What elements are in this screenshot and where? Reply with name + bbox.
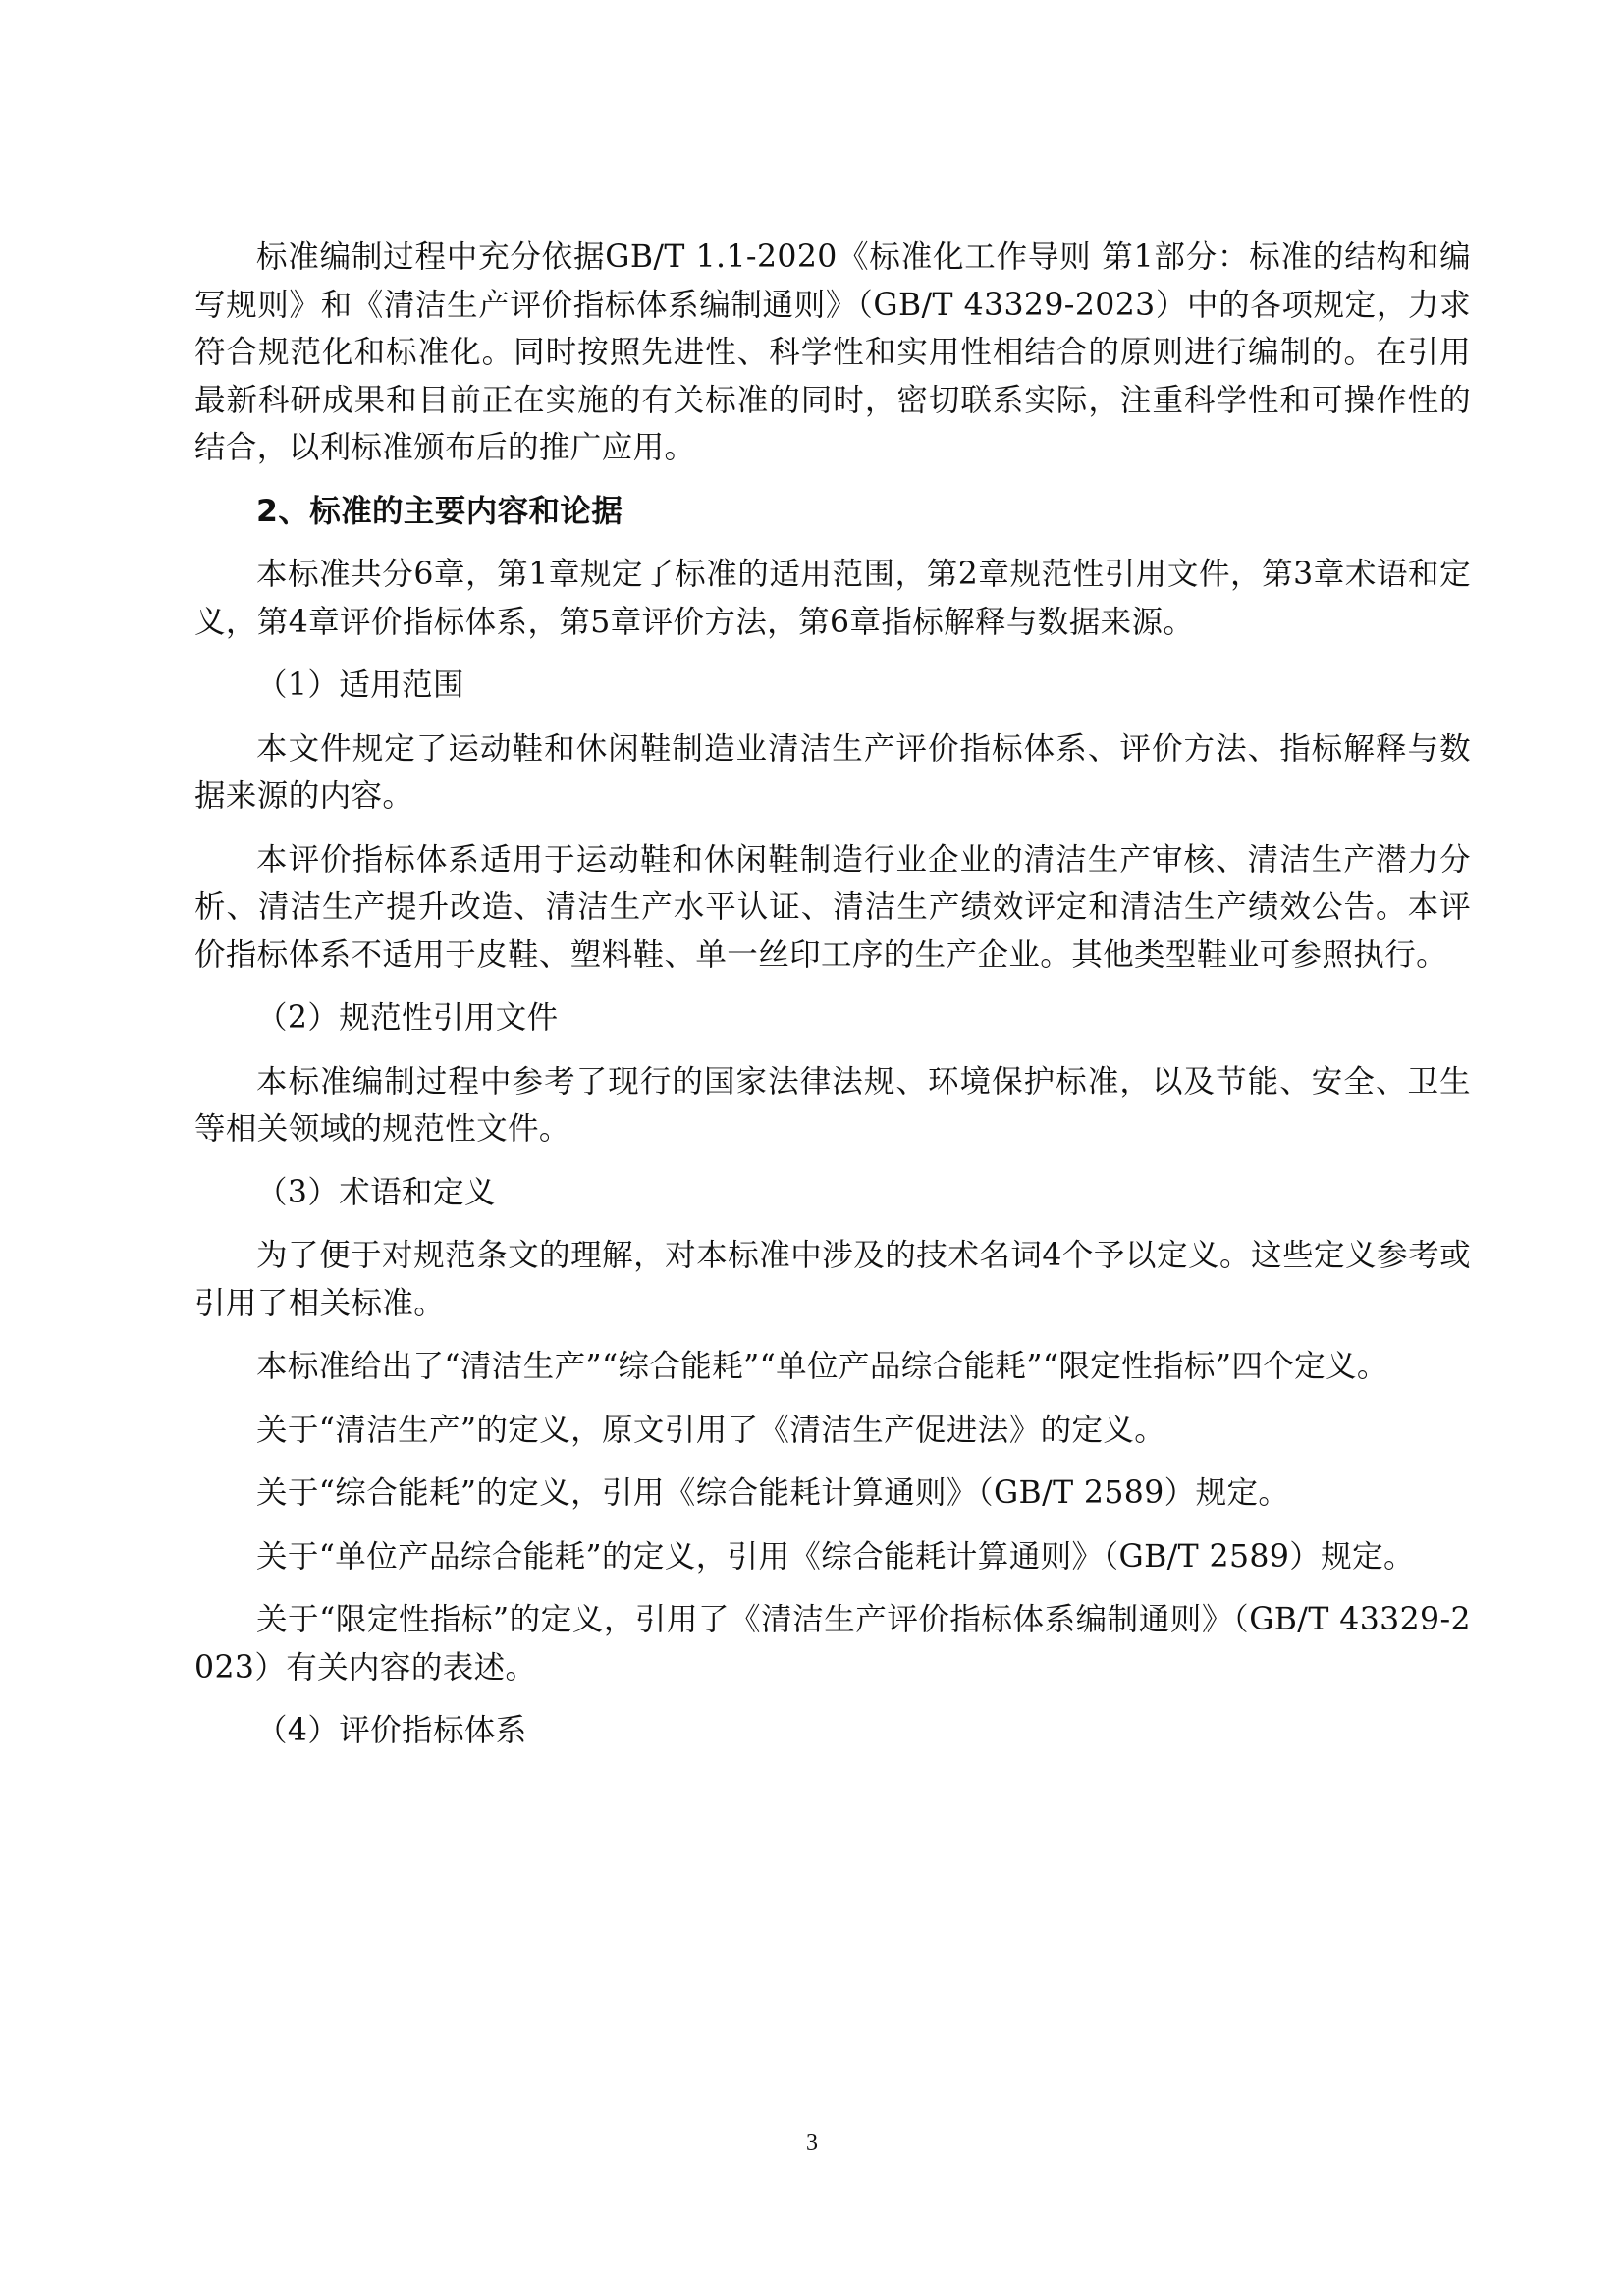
paragraph-def-cleaner-production: 关于“清洁生产”的定义，原文引用了《清洁生产促进法》的定义。: [194, 1407, 1471, 1455]
paragraph-scope-2: 本评价指标体系适用于运动鞋和休闲鞋制造行业企业的清洁生产审核、清洁生产潜力分析、…: [194, 836, 1471, 980]
subheading-scope: （1）适用范围: [194, 662, 1471, 710]
paragraph-def-comprehensive-energy: 关于“综合能耗”的定义，引用《综合能耗计算通则》（GB/T 2589）规定。: [194, 1469, 1471, 1518]
paragraph-def-restrictive-indicator: 关于“限定性指标”的定义，引用了《清洁生产评价指标体系编制通则》（GB/T 43…: [194, 1596, 1471, 1691]
subheading-normative-references: （2）规范性引用文件: [194, 994, 1471, 1042]
paragraph-scope-1: 本文件规定了运动鞋和休闲鞋制造业清洁生产评价指标体系、评价方法、指标解释与数据来…: [194, 725, 1471, 821]
page-number: 3: [0, 2130, 1624, 2157]
paragraph-compilation-basis: 标准编制过程中充分依据GB/T 1.1-2020《标准化工作导则 第1部分：标准…: [194, 234, 1471, 472]
paragraph-terms-2: 本标准给出了“清洁生产”“综合能耗”“单位产品综合能耗”“限定性指标”四个定义。: [194, 1343, 1471, 1391]
section-heading-main-content: 2、标准的主要内容和论据: [194, 488, 1471, 536]
subheading-terms-definitions: （3）术语和定义: [194, 1169, 1471, 1217]
paragraph-def-unit-product-energy: 关于“单位产品综合能耗”的定义，引用《综合能耗计算通则》（GB/T 2589）规…: [194, 1533, 1471, 1581]
paragraph-terms-1: 为了便于对规范条文的理解，对本标准中涉及的技术名词4个予以定义。这些定义参考或引…: [194, 1232, 1471, 1327]
subheading-evaluation-indicators: （4）评价指标体系: [194, 1707, 1471, 1755]
document-page: 标准编制过程中充分依据GB/T 1.1-2020《标准化工作导则 第1部分：标准…: [194, 234, 1471, 1755]
paragraph-chapter-overview: 本标准共分6章，第1章规定了标准的适用范围，第2章规范性引用文件，第3章术语和定…: [194, 551, 1471, 646]
paragraph-normative-references: 本标准编制过程中参考了现行的国家法律法规、环境保护标准，以及节能、安全、卫生等相…: [194, 1058, 1471, 1153]
